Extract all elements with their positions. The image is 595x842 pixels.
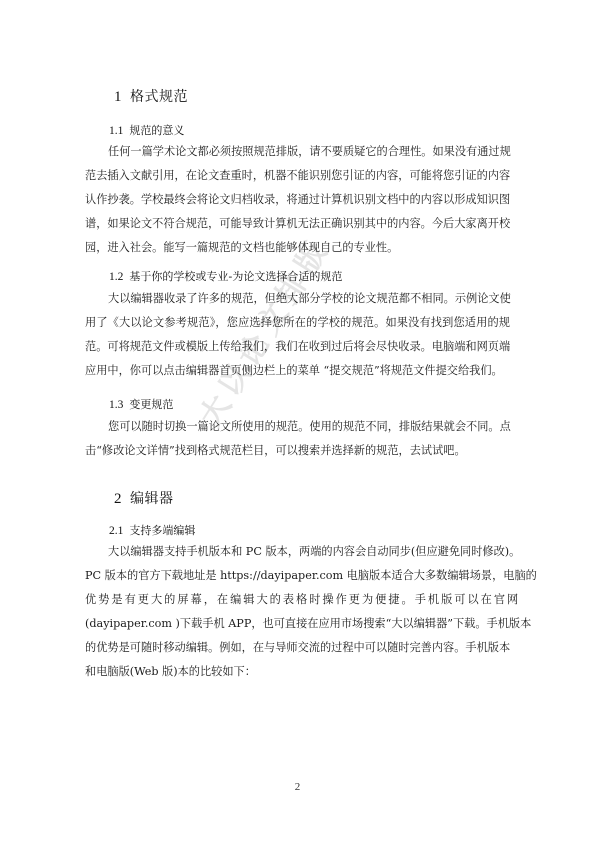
- text-line: (dayipaper.com )下载手机 APP，也可直接在应用市场搜索“大以编…: [85, 615, 510, 633]
- subsection-number: 1.2: [109, 271, 123, 283]
- section-number: 1: [114, 89, 122, 105]
- text-line: 范。可将规范文件或模版上传给我们，我们在收到过后将会尽快收录。电脑端和网页端: [85, 338, 510, 356]
- subsection-heading-1-2: 1.2基于你的学校或专业-为论文选择合适的规范: [109, 268, 342, 284]
- subsection-heading-1-3: 1.3变更规范: [109, 396, 173, 412]
- page-number: 2: [0, 781, 595, 793]
- text-line: 您可以随时切换一篇论文所使用的规范。使用的规范不同，排版结果就会不同。点: [108, 418, 510, 436]
- section-heading-2: 2编辑器: [114, 488, 174, 508]
- text-line: 的优势是可随时移动编辑。例如，在与导师交流的过程中可以随时完善内容。手机版本: [85, 639, 510, 657]
- text-line: 大以编辑器支持手机版本和 PC 版本，两端的内容会自动同步(但应避免同时修改)。: [108, 543, 510, 561]
- text-line: 园，进入社会。能写一篇规范的文档也能够体现自己的专业性。: [85, 239, 510, 257]
- text-line: 优势是有更大的屏幕，在编辑大的表格时操作更为便捷。手机版可以在官网: [85, 591, 510, 609]
- section-heading-1: 1格式规范: [114, 86, 188, 106]
- text-line: 谱，如果论文不符合规范，可能导致计算机无法正确识别其中的内容。今后大家离开校: [85, 215, 510, 233]
- subsection-heading-2-1: 2.1支持多端编辑: [109, 522, 195, 538]
- text-line: 任何一篇学术论文都必须按照规范排版，请不要质疑它的合理性。如果没有通过规: [108, 143, 510, 161]
- document-page: 大以论文排版 1格式规范 1.1规范的意义 任何一篇学术论文都必须按照规范排版，…: [0, 0, 595, 842]
- text-line: 和电脑版(Web 版)本的比较如下：: [85, 663, 510, 681]
- subsection-title: 支持多端编辑: [129, 524, 195, 537]
- text-line: PC 版本的官方下载地址是 https://dayipaper.com 电脑版本…: [85, 567, 510, 585]
- text-line: 击“修改论文详情”找到格式规范栏目，可以搜索并选择新的规范，去试试吧。: [85, 442, 510, 460]
- text-line: 认作抄袭。学校最终会将论文归档收录，将通过计算机识别文档中的内容以形成知识图: [85, 191, 510, 209]
- section-title: 编辑器: [130, 491, 174, 507]
- text-line: 大以编辑器收录了许多的规范，但绝大部分学校的论文规范都不相同。示例论文使: [108, 290, 510, 308]
- text-line: 用了《大以论文参考规范》，您应选择您所在的学校的规范。如果没有找到您适用的规: [85, 314, 510, 332]
- subsection-title: 变更规范: [129, 398, 173, 411]
- text-line: 应用中，你可以点击编辑器首页侧边栏上的菜单 “提交规范”将规范文件提交给我们。: [85, 362, 510, 380]
- subsection-number: 2.1: [109, 525, 123, 537]
- subsection-number: 1.3: [109, 399, 123, 411]
- section-number: 2: [114, 491, 122, 507]
- subsection-number: 1.1: [109, 125, 123, 137]
- section-title: 格式规范: [130, 89, 188, 105]
- text-line: 范去插入文献引用，在论文查重时，机器不能识别您引证的内容，可能将您引证的内容: [85, 167, 510, 185]
- subsection-title: 基于你的学校或专业-为论文选择合适的规范: [129, 270, 342, 283]
- subsection-title: 规范的意义: [129, 124, 184, 137]
- subsection-heading-1-1: 1.1规范的意义: [109, 122, 184, 138]
